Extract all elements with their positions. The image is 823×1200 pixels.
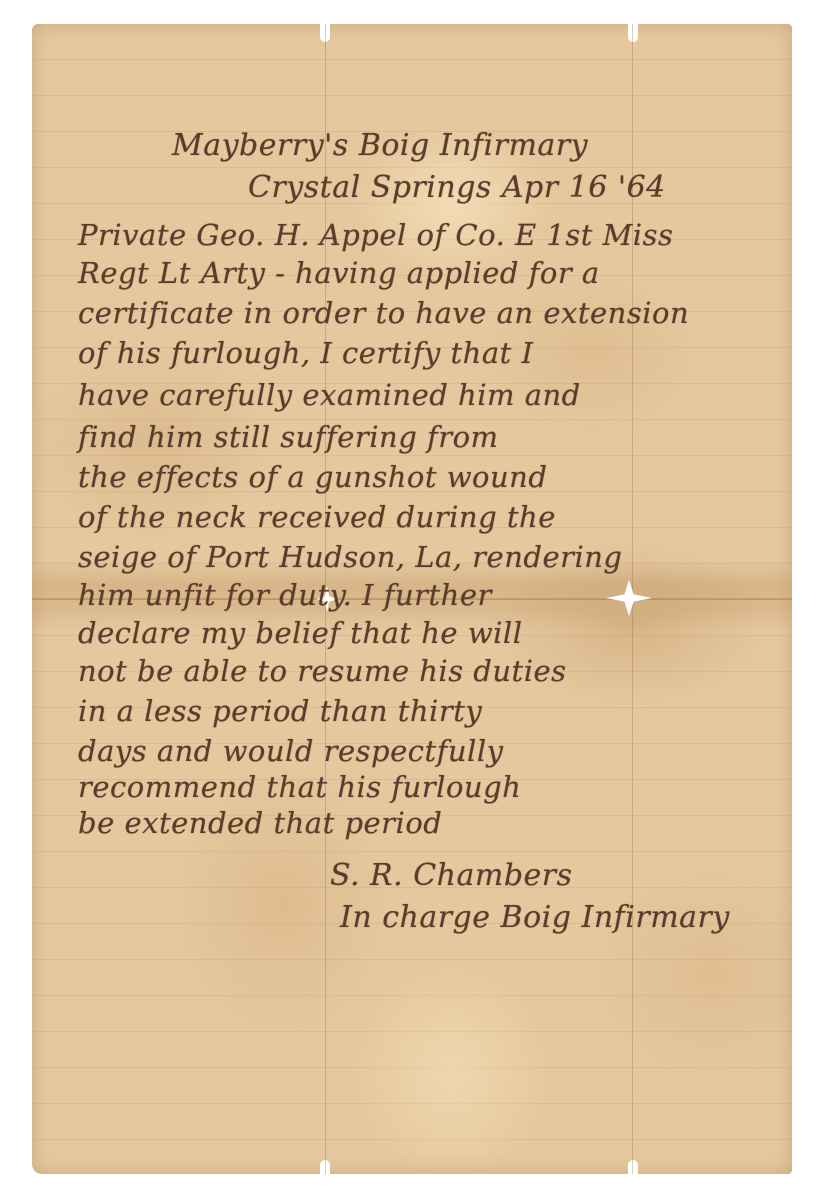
body-line: be extended that period [78, 806, 442, 840]
body-line: of his furlough, I certify that I [78, 336, 533, 370]
heading-line-1: Mayberry's Boig Infirmary [172, 128, 588, 163]
body-line: seige of Port Hudson, La, rendering [78, 540, 622, 574]
body-line: not be able to resume his duties [78, 654, 567, 688]
body-line: certificate in order to have an extensio… [78, 296, 689, 330]
body-line: declare my belief that he will [78, 616, 522, 650]
body-line: of the neck received during the [78, 500, 556, 534]
body-line: find him still suffering from [78, 420, 499, 454]
signature-name: S. R. Chambers [330, 858, 573, 893]
body-line: the effects of a gunshot wound [78, 460, 547, 494]
top-notch-right [628, 18, 638, 42]
body-line: have carefully examined him and [78, 378, 581, 412]
heading-line-2: Crystal Springs Apr 16 '64 [248, 170, 666, 205]
body-line: days and would respectfully [78, 734, 503, 768]
bottom-notch-right [628, 1160, 638, 1176]
body-line: Regt Lt Arty - having applied for a [78, 256, 600, 290]
body-line: recommend that his furlough [78, 770, 521, 804]
body-line: Private Geo. H. Appel of Co. E 1st Miss [78, 218, 673, 252]
body-line: him unfit for duty. I further [78, 578, 492, 612]
body-line: in a less period than thirty [78, 694, 482, 728]
signature-title: In charge Boig Infirmary [340, 900, 730, 935]
